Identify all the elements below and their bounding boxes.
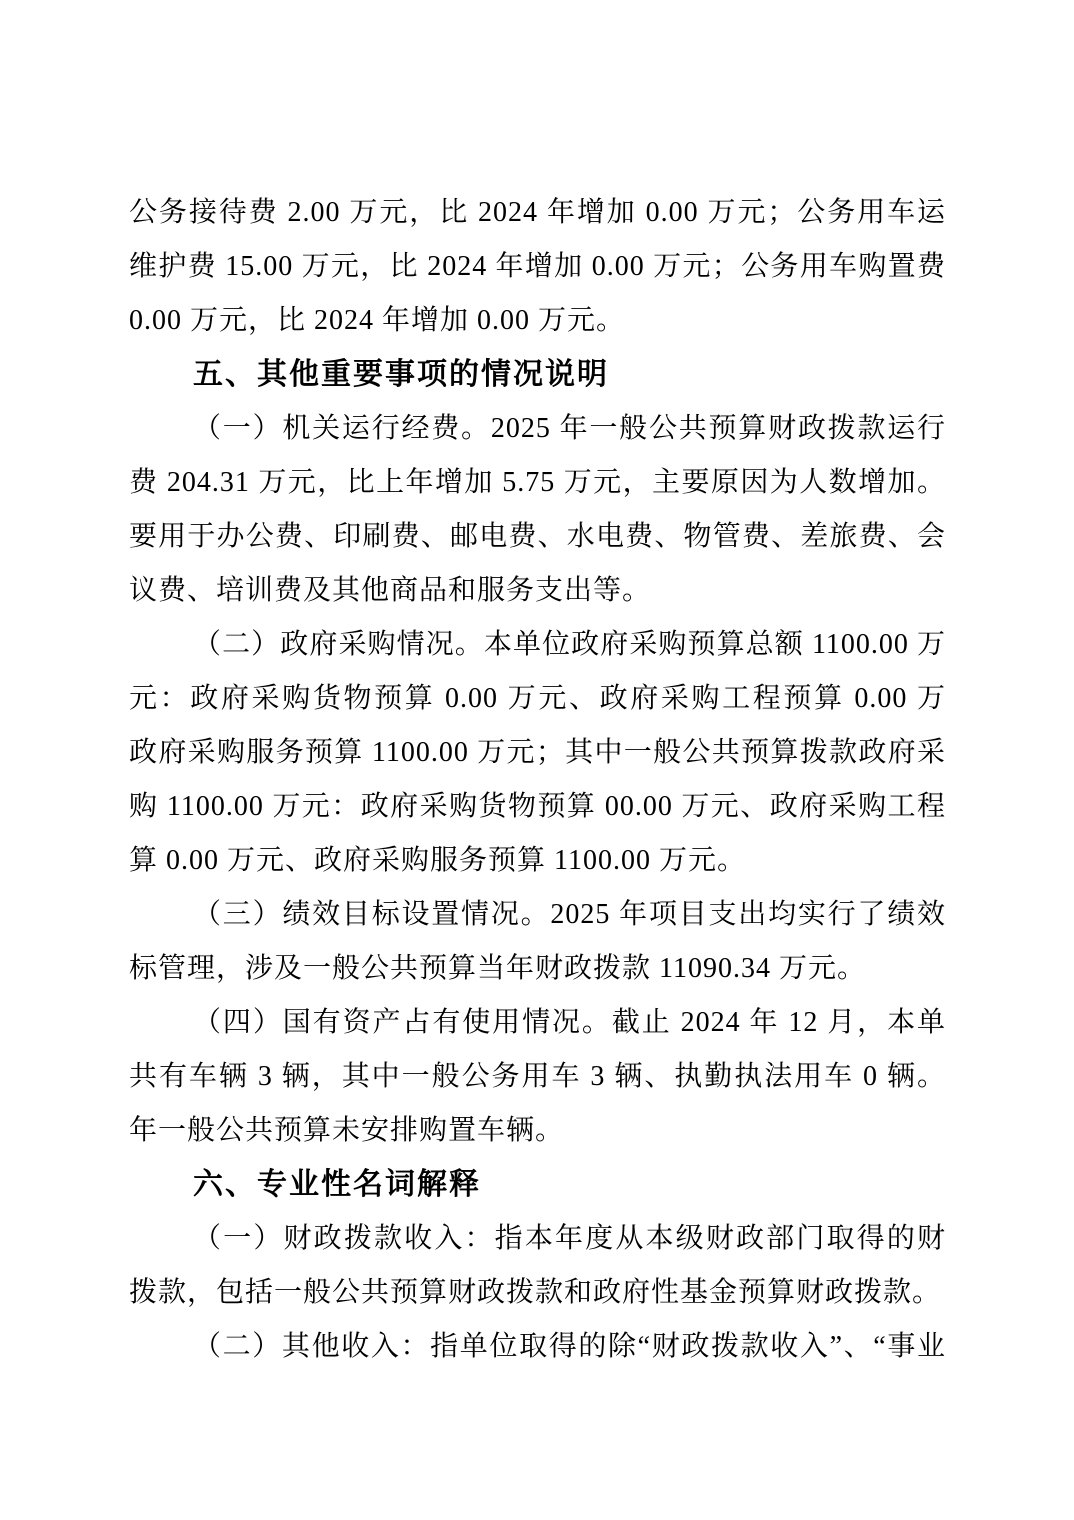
section-heading: 六、专业性名词解释 (129, 1158, 946, 1212)
text-line: （三）绩效目标设置情况。2025 年项目支出均实行了绩效目 (129, 888, 946, 942)
text-line: （二）政府采购情况。本单位政府采购预算总额 1100.00 万 (129, 618, 946, 672)
text-line: 要用于办公费、印刷费、邮电费、水电费、物管费、差旅费、会 (129, 510, 946, 564)
text-line: 0.00 万元，比 2024 年增加 0.00 万元。 (129, 294, 946, 348)
section-heading: 五、其他重要事项的情况说明 (129, 348, 946, 402)
text-line: 费 204.31 万元，比上年增加 5.75 万元，主要原因为人数增加。主 (129, 456, 946, 510)
text-line: （一）机关运行经费。2025 年一般公共预算财政拨款运行经 (129, 402, 946, 456)
text-line: （二）其他收入：指单位取得的除“财政拨款收入”、“事业收 (129, 1320, 946, 1374)
text-line: 政府采购服务预算 1100.00 万元；其中一般公共预算拨款政府采 (129, 726, 946, 780)
text-line: 议费、培训费及其他商品和服务支出等。 (129, 564, 946, 618)
text-line: （一）财政拨款收入：指本年度从本级财政部门取得的财政 (129, 1212, 946, 1266)
text-line: （四）国有资产占有使用情况。截止 2024 年 12 月，本单位 (129, 996, 946, 1050)
document-content: 公务接待费 2.00 万元，比 2024 年增加 0.00 万元；公务用车运行维… (129, 186, 946, 1374)
text-line: 共有车辆 3 辆，其中一般公务用车 3 辆、执勤执法用车 0 辆。2025 (129, 1050, 946, 1104)
text-line: 年一般公共预算未安排购置车辆。 (129, 1104, 946, 1158)
text-line: 拨款，包括一般公共预算财政拨款和政府性基金预算财政拨款。 (129, 1266, 946, 1320)
text-line: 公务接待费 2.00 万元，比 2024 年增加 0.00 万元；公务用车运行 (129, 186, 946, 240)
text-line: 维护费 15.00 万元，比 2024 年增加 0.00 万元；公务用车购置费 (129, 240, 946, 294)
text-line: 购 1100.00 万元：政府采购货物预算 00.00 万元、政府采购工程预 (129, 780, 946, 834)
document-page: 公务接待费 2.00 万元，比 2024 年增加 0.00 万元；公务用车运行维… (0, 0, 1074, 1520)
text-line: 标管理，涉及一般公共预算当年财政拨款 11090.34 万元。 (129, 942, 946, 996)
text-line: 元：政府采购货物预算 0.00 万元、政府采购工程预算 0.00 万元、 (129, 672, 946, 726)
text-line: 算 0.00 万元、政府采购服务预算 1100.00 万元。 (129, 834, 946, 888)
